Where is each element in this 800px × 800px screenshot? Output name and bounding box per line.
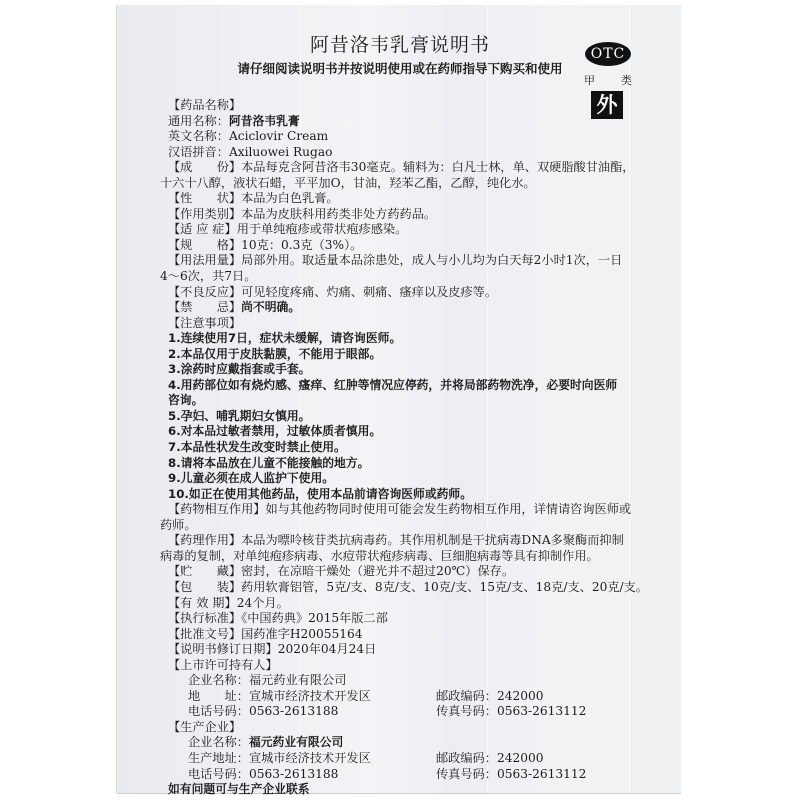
leaflet-body: 【药品名称】 通用名称：阿昔洛韦乳膏 英文名称：Aciclovir Cream …	[168, 98, 638, 798]
english-name-row: 英文名称：Aciclovir Cream	[168, 129, 638, 145]
section-label: 【规 格】	[168, 238, 241, 252]
category-text: 本品为皮肤科用药类非处方药药品。	[241, 207, 436, 221]
expiry-text: 24个月。	[237, 596, 289, 610]
field-label: 英文名称：	[168, 129, 229, 143]
section-label: 【不良反应】	[168, 285, 241, 299]
section-label: 【贮 藏】	[168, 564, 241, 578]
contra-text: 尚不明确。	[241, 300, 300, 314]
precaution-item: 10.如正在使用其他药品，使用本品前请咨询医师或药师。	[168, 487, 638, 503]
section-mah: 【上市许可持有人】	[168, 658, 638, 674]
interaction-text: 如与其他药物同时使用可能会发生药物相互作用，详情请咨询医师或	[266, 502, 632, 516]
section-label: 【执行标准】	[168, 611, 241, 625]
storage-row: 【贮 藏】密封，在凉暗干燥处（避光并不超过20℃）保存。	[168, 564, 638, 580]
mfr-address-value: 宣城市经济技术开发区	[249, 751, 371, 765]
mah-phone-value: 0563-2613188	[249, 704, 338, 718]
precaution-item: 4.用药部位如有烧灼感、瘙痒、红肿等情况应停药，并将局部药物洗净，必要时向医师	[168, 378, 638, 394]
field-label: 汉语拼音：	[168, 145, 229, 159]
category-row: 【作用类别】本品为皮肤科用药类非处方药药品。	[168, 207, 638, 223]
adverse-row: 【不良反应】可见轻度疼痛、灼痛、刺痛、瘙痒以及皮疹等。	[168, 285, 638, 301]
mfr-postal-value: 242000	[497, 751, 544, 765]
section-label: 【说明书修订日期】	[168, 642, 278, 656]
standard-text: 《中国药典》2015年版二部	[241, 611, 388, 625]
precaution-item: 2.本品仅用于皮肤黏膜，不能用于眼部。	[168, 347, 638, 363]
generic-name-row: 通用名称：阿昔洛韦乳膏	[168, 114, 638, 130]
section-label: 【适 应 症】	[168, 222, 237, 236]
spec-row: 【规 格】10克：0.3克（3%）。	[168, 238, 638, 254]
adverse-text: 可见轻度疼痛、灼痛、刺痛、瘙痒以及皮疹等。	[241, 285, 497, 299]
mah-address-row: 地 址：宣城市经济技术开发区 邮政编码：242000	[168, 689, 638, 705]
pinyin-row: 汉语拼音：Axiluowei Rugao	[168, 145, 638, 161]
composition-row: 【成 份】本品每克含阿昔洛韦30毫克。辅料为：白凡士林，单、双硬脂酸甘油酯，	[168, 160, 638, 176]
pharmacology-row: 【药理作用】本品为嘌呤核苷类抗病毒药。其作用机制是干扰病毒DNA多聚酶而抑制	[168, 533, 638, 549]
document-subtitle: 请仔细阅读说明书并按说明使用或在药师指导下购买和使用	[0, 59, 800, 77]
field-label: 电话号码：	[188, 704, 249, 718]
contact-note: 如有问题可与生产企业联系	[168, 782, 638, 798]
otc-class-a: 甲	[584, 72, 595, 88]
indication-row: 【适 应 症】用于单纯疱疹或带状疱疹感染。	[168, 222, 638, 238]
section-label: 【性 状】	[168, 191, 241, 205]
appearance-row: 【性 状】本品为白色乳膏。	[168, 191, 638, 207]
section-label: 【包 装】	[168, 580, 241, 594]
field-label: 邮政编码：	[436, 751, 497, 765]
appearance-text: 本品为白色乳膏。	[241, 191, 339, 205]
mfr-address-row: 生产地址：宣城市经济技术开发区 邮政编码：242000	[168, 751, 638, 767]
precaution-item: 5.孕妇、哺乳期妇女慎用。	[168, 409, 638, 425]
approval-row: 【批准文号】国药准字H20055164	[168, 627, 638, 643]
mah-postal-value: 242000	[497, 689, 544, 703]
mah-address-value: 宣城市经济技术开发区	[249, 689, 371, 703]
approval-number: 国药准字H20055164	[241, 627, 362, 641]
section-label: 【成 份】	[168, 160, 241, 174]
section-label: 【药理作用】	[168, 533, 241, 547]
interaction-row: 【药物相互作用】如与其他药物同时使用可能会发生药物相互作用，详情请咨询医师或	[168, 502, 638, 518]
indication-text: 用于单纯疱疹或带状疱疹感染。	[237, 222, 408, 236]
interaction-continued: 药师。	[160, 518, 638, 534]
generic-name-value: 阿昔洛韦乳膏	[229, 114, 300, 128]
section-label: 【作用类别】	[168, 207, 241, 221]
storage-text: 密封，在凉暗干燥处（避光并不超过20℃）保存。	[241, 564, 514, 578]
dosage-row: 【用法用量】局部外用。取适量本品涂患处，成人与小儿均为白天每2小时1次，一日	[168, 253, 638, 269]
mfr-phone-row: 电话号码：0563-2613188 传真号码：0563-2613112	[168, 767, 638, 783]
revision-row: 【说明书修订日期】2020年04月24日	[168, 642, 638, 658]
section-label: 【用法用量】	[168, 253, 241, 267]
precaution-item: 7.本品性状发生改变时禁止使用。	[168, 440, 638, 456]
otc-class-type: 类	[621, 72, 632, 88]
precaution-item: 3.涂药时应戴指套或手套。	[168, 362, 638, 378]
section-label: 【药物相互作用】	[168, 502, 266, 516]
composition-text: 本品每克含阿昔洛韦30毫克。辅料为：白凡士林，单、双硬脂酸甘油酯，	[241, 160, 634, 174]
mah-fax-value: 0563-2613112	[497, 704, 586, 718]
mah-phone-row: 电话号码：0563-2613188 传真号码：0563-2613112	[168, 704, 638, 720]
dosage-continued: 4～6次，共7日。	[160, 269, 638, 285]
precaution-item: 咨询。	[168, 393, 638, 409]
pharmacology-text: 本品为嘌呤核苷类抗病毒药。其作用机制是干扰病毒DNA多聚酶而抑制	[241, 533, 624, 547]
section-label: 【批准文号】	[168, 627, 241, 641]
mah-company-row: 企业名称：福元药业有限公司	[168, 673, 638, 689]
precaution-item: 8.请将本品放在儿童不能接触的地方。	[168, 456, 638, 472]
field-label: 地 址：	[188, 689, 249, 703]
otc-badge: OTC	[585, 42, 631, 66]
section-label: 【有 效 期】	[168, 596, 237, 610]
field-label: 传真号码：	[436, 767, 497, 781]
field-label: 传真号码：	[436, 704, 497, 718]
mfr-fax-value: 0563-2613112	[497, 767, 586, 781]
mfr-company-row: 企业名称：福元药业有限公司	[168, 735, 638, 751]
mfr-company-value: 福元药业有限公司	[249, 735, 343, 749]
dosage-text: 局部外用。取适量本品涂患处，成人与小儿均为白天每2小时1次，一日	[241, 253, 622, 267]
precaution-item: 1.连续使用7日，症状未缓解，请咨询医师。	[168, 331, 638, 347]
mfr-phone-value: 0563-2613188	[249, 767, 338, 781]
precaution-item: 6.对本品过敏者禁用，过敏体质者慎用。	[168, 424, 638, 440]
document-title: 阿昔洛韦乳膏说明书	[0, 30, 800, 57]
field-label: 企业名称：	[188, 673, 249, 687]
field-label: 企业名称：	[188, 735, 249, 749]
package-text: 药用软膏铝管，5克/支、8克/支、10克/支、15克/支、18克/支、20克/支…	[241, 580, 648, 594]
contra-row: 【禁 忌】尚不明确。	[168, 300, 638, 316]
spec-text: 10克：0.3克（3%）。	[241, 238, 362, 252]
section-manufacturer: 【生产企业】	[168, 720, 638, 736]
field-label: 生产地址：	[188, 751, 249, 765]
section-precautions: 【注意事项】	[168, 316, 638, 332]
english-name-value: Aciclovir Cream	[229, 129, 328, 143]
expiry-row: 【有 效 期】24个月。	[168, 596, 638, 612]
package-row: 【包 装】药用软膏铝管，5克/支、8克/支、10克/支、15克/支、18克/支、…	[168, 580, 638, 596]
revision-date: 2020年04月24日	[278, 642, 377, 656]
standard-row: 【执行标准】《中国药典》2015年版二部	[168, 611, 638, 627]
field-label: 电话号码：	[188, 767, 249, 781]
otc-class-label: 甲 类	[584, 72, 632, 88]
composition-continued: 十六十八醇，液状石蜡，平平加O，甘油，羟苯乙酯，乙醇，纯化水。	[160, 176, 638, 192]
field-label: 通用名称：	[168, 114, 229, 128]
pinyin-value: Axiluowei Rugao	[229, 145, 333, 159]
pharmacology-continued: 病毒的复制，对单纯疱疹病毒、水痘带状疱疹病毒、巨细胞病毒等具有抑制作用。	[160, 549, 638, 565]
field-label: 邮政编码：	[436, 689, 497, 703]
precaution-item: 9.儿童必须在成人监护下使用。	[168, 471, 638, 487]
section-label: 【禁 忌】	[168, 300, 241, 314]
section-drug-name: 【药品名称】	[168, 98, 638, 114]
mah-company-value: 福元药业有限公司	[249, 673, 347, 687]
